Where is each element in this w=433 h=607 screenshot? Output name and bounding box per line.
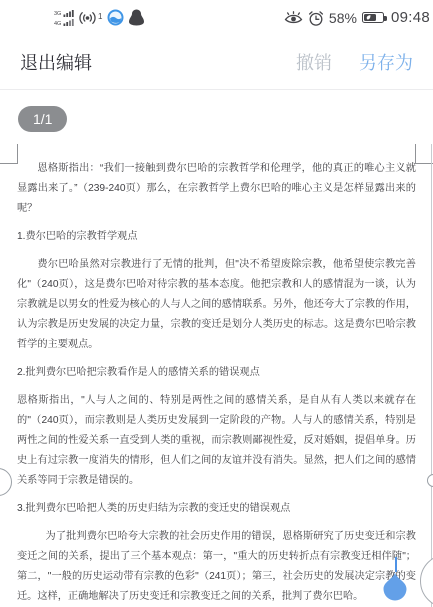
document-canvas[interactable]: 1/1 恩格斯指出：“我们一接触到费尔巴哈的宗教哲学和伦理学，他的真正的唯心主义… (0, 91, 433, 607)
page-right-border (431, 144, 432, 607)
doc-heading[interactable]: 3.批判费尔巴哈把人类的历史归结为宗教的变迁史的错误观点 (17, 499, 416, 519)
undo-button[interactable]: 撤销 (296, 49, 332, 75)
battery-cap (384, 16, 387, 21)
dual-sim-signal-icon: 3G 4G (54, 9, 74, 26)
status-right-cluster: 58% 09:48 (284, 9, 430, 26)
eye-comfort-icon (284, 11, 303, 25)
battery-icon (362, 12, 384, 23)
save-as-button[interactable]: 另存为 (359, 49, 413, 75)
left-edge-handle[interactable] (0, 468, 12, 496)
battery-percent-label: 58% (329, 10, 357, 26)
text-cursor-drag-handle[interactable] (381, 572, 409, 602)
exit-edit-button[interactable]: 退出编辑 (20, 49, 92, 75)
status-bar: 3G 4G 1 (0, 0, 433, 35)
hotspot-icon (79, 10, 96, 26)
svg-text:3G: 3G (54, 11, 61, 17)
app-screen: 3G 4G 1 (0, 0, 433, 607)
edit-toolbar: 退出编辑 撤销 另存为 (0, 35, 433, 90)
doc-paragraph[interactable]: 费尔巴哈虽然对宗教进行了无情的批判，但"决不希望废除宗教，他希望使宗教完善化"（… (17, 255, 416, 355)
hotspot-count-badge: 1 (98, 12, 102, 21)
doc-heading[interactable]: 2.批判费尔巴哈把宗教看作是人的感情关系的错误观点 (17, 363, 416, 383)
doc-paragraph[interactable]: 恩格斯指出：“我们一接触到费尔巴哈的宗教哲学和伦理学，他的真正的唯心主义就显露出… (17, 159, 416, 219)
right-edge-handle[interactable] (427, 474, 433, 487)
clock-time: 09:48 (391, 9, 430, 26)
header-actions: 撤销 另存为 (296, 49, 413, 75)
page-margin-corner-left (0, 144, 18, 164)
doc-paragraph[interactable]: 为了批判费尔巴哈夸大宗教的社会历史作用的错误，恩格斯研究了历史变迁和宗教变迁之间… (17, 527, 416, 607)
document-body[interactable]: 恩格斯指出：“我们一接触到费尔巴哈的宗教哲学和伦理学，他的真正的唯心主义就显露出… (17, 159, 416, 607)
power-save-leaf-icon (365, 14, 372, 21)
doc-paragraph[interactable]: 恩格斯指出，"人与人之间的、特别是两性之间的感情关系，是自从有人类以来就存在的"… (17, 391, 416, 491)
page-number-badge: 1/1 (18, 106, 67, 132)
bottom-right-edge-button[interactable] (420, 554, 433, 607)
qq-penguin-icon (129, 9, 144, 26)
doc-heading[interactable]: 1.费尔巴哈的宗教哲学观点 (17, 227, 416, 247)
text-cursor-caret (395, 557, 397, 572)
alarm-clock-icon (308, 10, 324, 26)
browser-app-icon (107, 9, 124, 26)
svg-text:4G: 4G (54, 21, 61, 26)
status-left-cluster: 3G 4G 1 (54, 9, 144, 26)
